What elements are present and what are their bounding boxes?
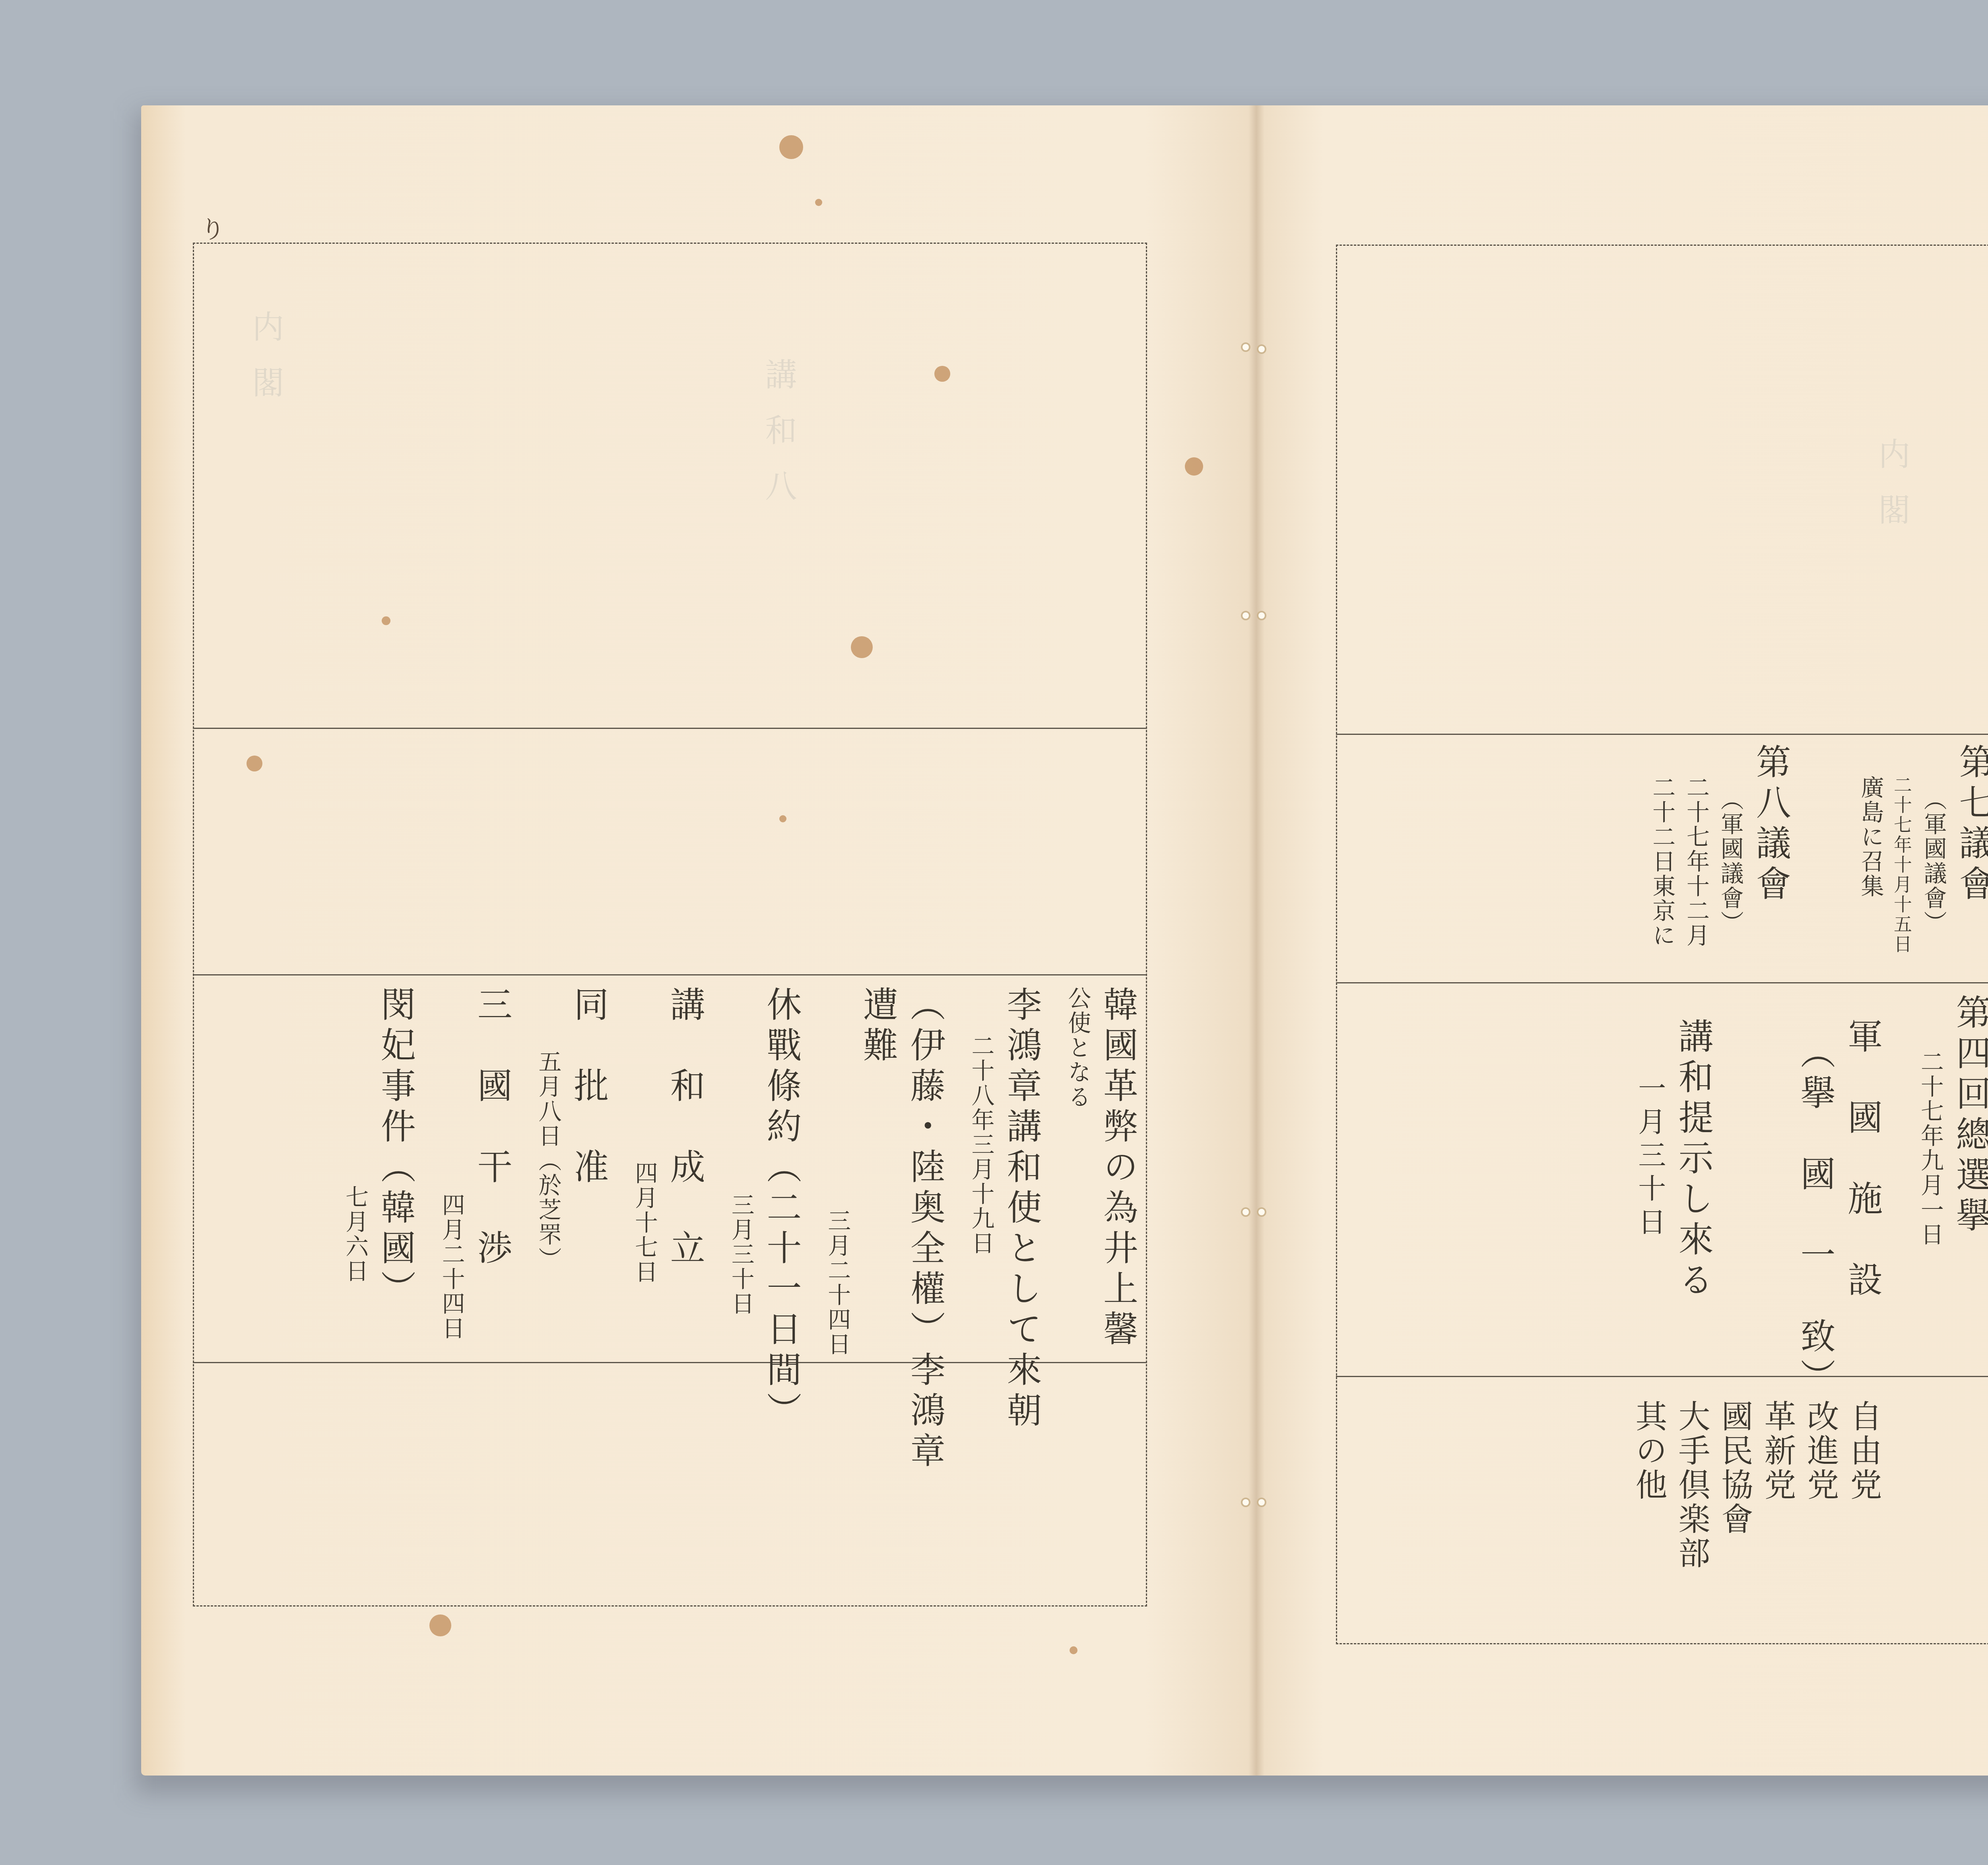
diet-session-date: 二十二日東京に	[1649, 775, 1674, 948]
binding-stitch	[1258, 612, 1265, 619]
row-divider-diet-policy	[193, 974, 1147, 975]
party-name: 其の他	[1631, 1400, 1666, 1502]
diet-session-date: 廣島に召集	[1858, 775, 1883, 899]
event-date: 四月十七日	[631, 1161, 657, 1284]
party-name: 自由党	[1846, 1400, 1881, 1502]
row-divider-policy-parties	[1336, 1376, 1988, 1377]
binding-stitch	[1258, 1209, 1265, 1215]
event-text: 三 國 干 渉	[473, 986, 511, 1270]
party-name: 革新党	[1760, 1400, 1795, 1502]
binding-stitch	[1242, 1499, 1249, 1506]
event-text: 休戰條約（二十一日間）	[762, 986, 801, 1432]
event-entry: 休戰條約（二十一日間） 三月三十日	[728, 986, 801, 1432]
event-date: 七月六日	[342, 1185, 367, 1284]
foxing-spot	[1185, 457, 1203, 476]
party-name: 改進党	[1803, 1400, 1838, 1502]
event-date: 二十七年九月一日	[1917, 1050, 1943, 1247]
event-text: 講和提示し來る	[1674, 1018, 1712, 1302]
diet-session-name: 第七議會	[1955, 744, 1988, 906]
event-entry: （伊藤・陸奥全權）李鴻章 遭難 三月二十四日	[824, 986, 944, 1473]
foxing-spot	[815, 199, 822, 206]
event-note: 公使となる	[1064, 986, 1090, 1109]
book-spine	[1248, 105, 1264, 1776]
event-text: （伊藤・陸奥全權）李鴻章	[906, 986, 944, 1473]
event-entry: 三 國 干 渉 四月二十四日	[439, 986, 511, 1341]
party-name: 國民協會	[1717, 1400, 1752, 1537]
event-date: 四月二十四日	[439, 1193, 464, 1341]
event-entry: 講 和 成 立 四月十七日	[631, 986, 704, 1284]
diet-session-date: 二十七年十二月	[1683, 775, 1708, 948]
event-entry: 李鴻章講和使として來朝 二十八年三月十九日	[968, 986, 1041, 1432]
event-text: 閔妃事件（韓國）	[376, 986, 415, 1311]
row-divider-cabinet-diet	[193, 728, 1147, 729]
event-text: 韓國革弊の為井上馨	[1099, 986, 1137, 1351]
binding-stitch	[1242, 612, 1249, 619]
foxing-spot	[1070, 1646, 1077, 1654]
row-divider-diet-policy	[1336, 982, 1988, 983]
event-text-continued: 遭難	[858, 986, 897, 1067]
event-date: 五月八日（於芝罘）	[535, 1050, 561, 1272]
foxing-spot	[429, 1614, 451, 1636]
right-policy-events-cell: 日 清 戰 爭 二十七年八月一日宣布 條 約 改 正 二十七年七月 第四回總選擧…	[1415, 994, 1988, 1368]
event-date: 三月三十日	[728, 1193, 753, 1316]
event-entry: 軍 國 施 設 （擧 國 一 致）	[1796, 994, 1882, 1399]
left-policy-events-cell: 韓國革弊の為井上馨 公使となる 李鴻章講和使として來朝 二十八年三月十九日 （伊…	[223, 986, 1137, 1356]
right-diet-cell: 第六議會 （解散） 二十七年五月 十二日召集 第七議會 （軍國議會） 二十七年十…	[1404, 744, 1988, 970]
diet-session-entry: 第七議會 （軍國議會） 二十七年十月十五日 廣島に召集	[1858, 744, 1988, 954]
right-parties-cell: 自由党 改進党 革新党 國民協會 大手倶楽部 其の他	[1630, 1400, 1881, 1622]
diet-session-note: （軍國議會）	[1920, 787, 1946, 935]
event-date: 三月二十四日	[824, 1209, 850, 1357]
event-entry: 韓國革弊の為井上馨 公使となる	[1064, 986, 1137, 1351]
event-entry: 閔妃事件（韓國） 七月六日	[342, 986, 415, 1311]
binding-stitch	[1242, 1209, 1249, 1215]
event-date: 二十八年三月十九日	[968, 1034, 994, 1256]
event-date: 一月三十日	[1635, 1074, 1665, 1241]
event-entry: 第四回總選擧 二十七年九月一日	[1917, 994, 1988, 1247]
diet-session-entry: 第八議會 （軍國議會） 二十七年十二月 二十二日東京に	[1649, 744, 1790, 948]
foxing-spot	[779, 135, 803, 159]
event-text: 第四回總選擧	[1951, 994, 1988, 1238]
row-divider-cabinet-diet	[1336, 734, 1988, 735]
event-text: 講 和 成 立	[666, 986, 704, 1270]
binding-stitch	[1258, 1499, 1265, 1506]
event-text-note: （擧 國 一 致）	[1796, 1034, 1835, 1399]
event-text: 同 批 准	[569, 986, 608, 1189]
diet-session-note: （軍國議會）	[1717, 787, 1743, 935]
event-entry: 同 批 准 五月八日（於芝罘）	[535, 986, 608, 1272]
diet-session-name: 第八議會	[1751, 744, 1790, 906]
event-text: 李鴻章講和使として來朝	[1002, 986, 1041, 1432]
binding-stitch	[1242, 344, 1249, 350]
event-text: 軍 國 施 設	[1843, 1018, 1881, 1302]
page-number-left: り	[201, 211, 225, 245]
party-name: 大手倶楽部	[1674, 1400, 1709, 1571]
event-entry: 講和提示し來る 一月三十日	[1635, 994, 1712, 1302]
binding-stitch	[1258, 346, 1265, 352]
diet-session-date: 二十七年十月十五日	[1891, 775, 1912, 954]
